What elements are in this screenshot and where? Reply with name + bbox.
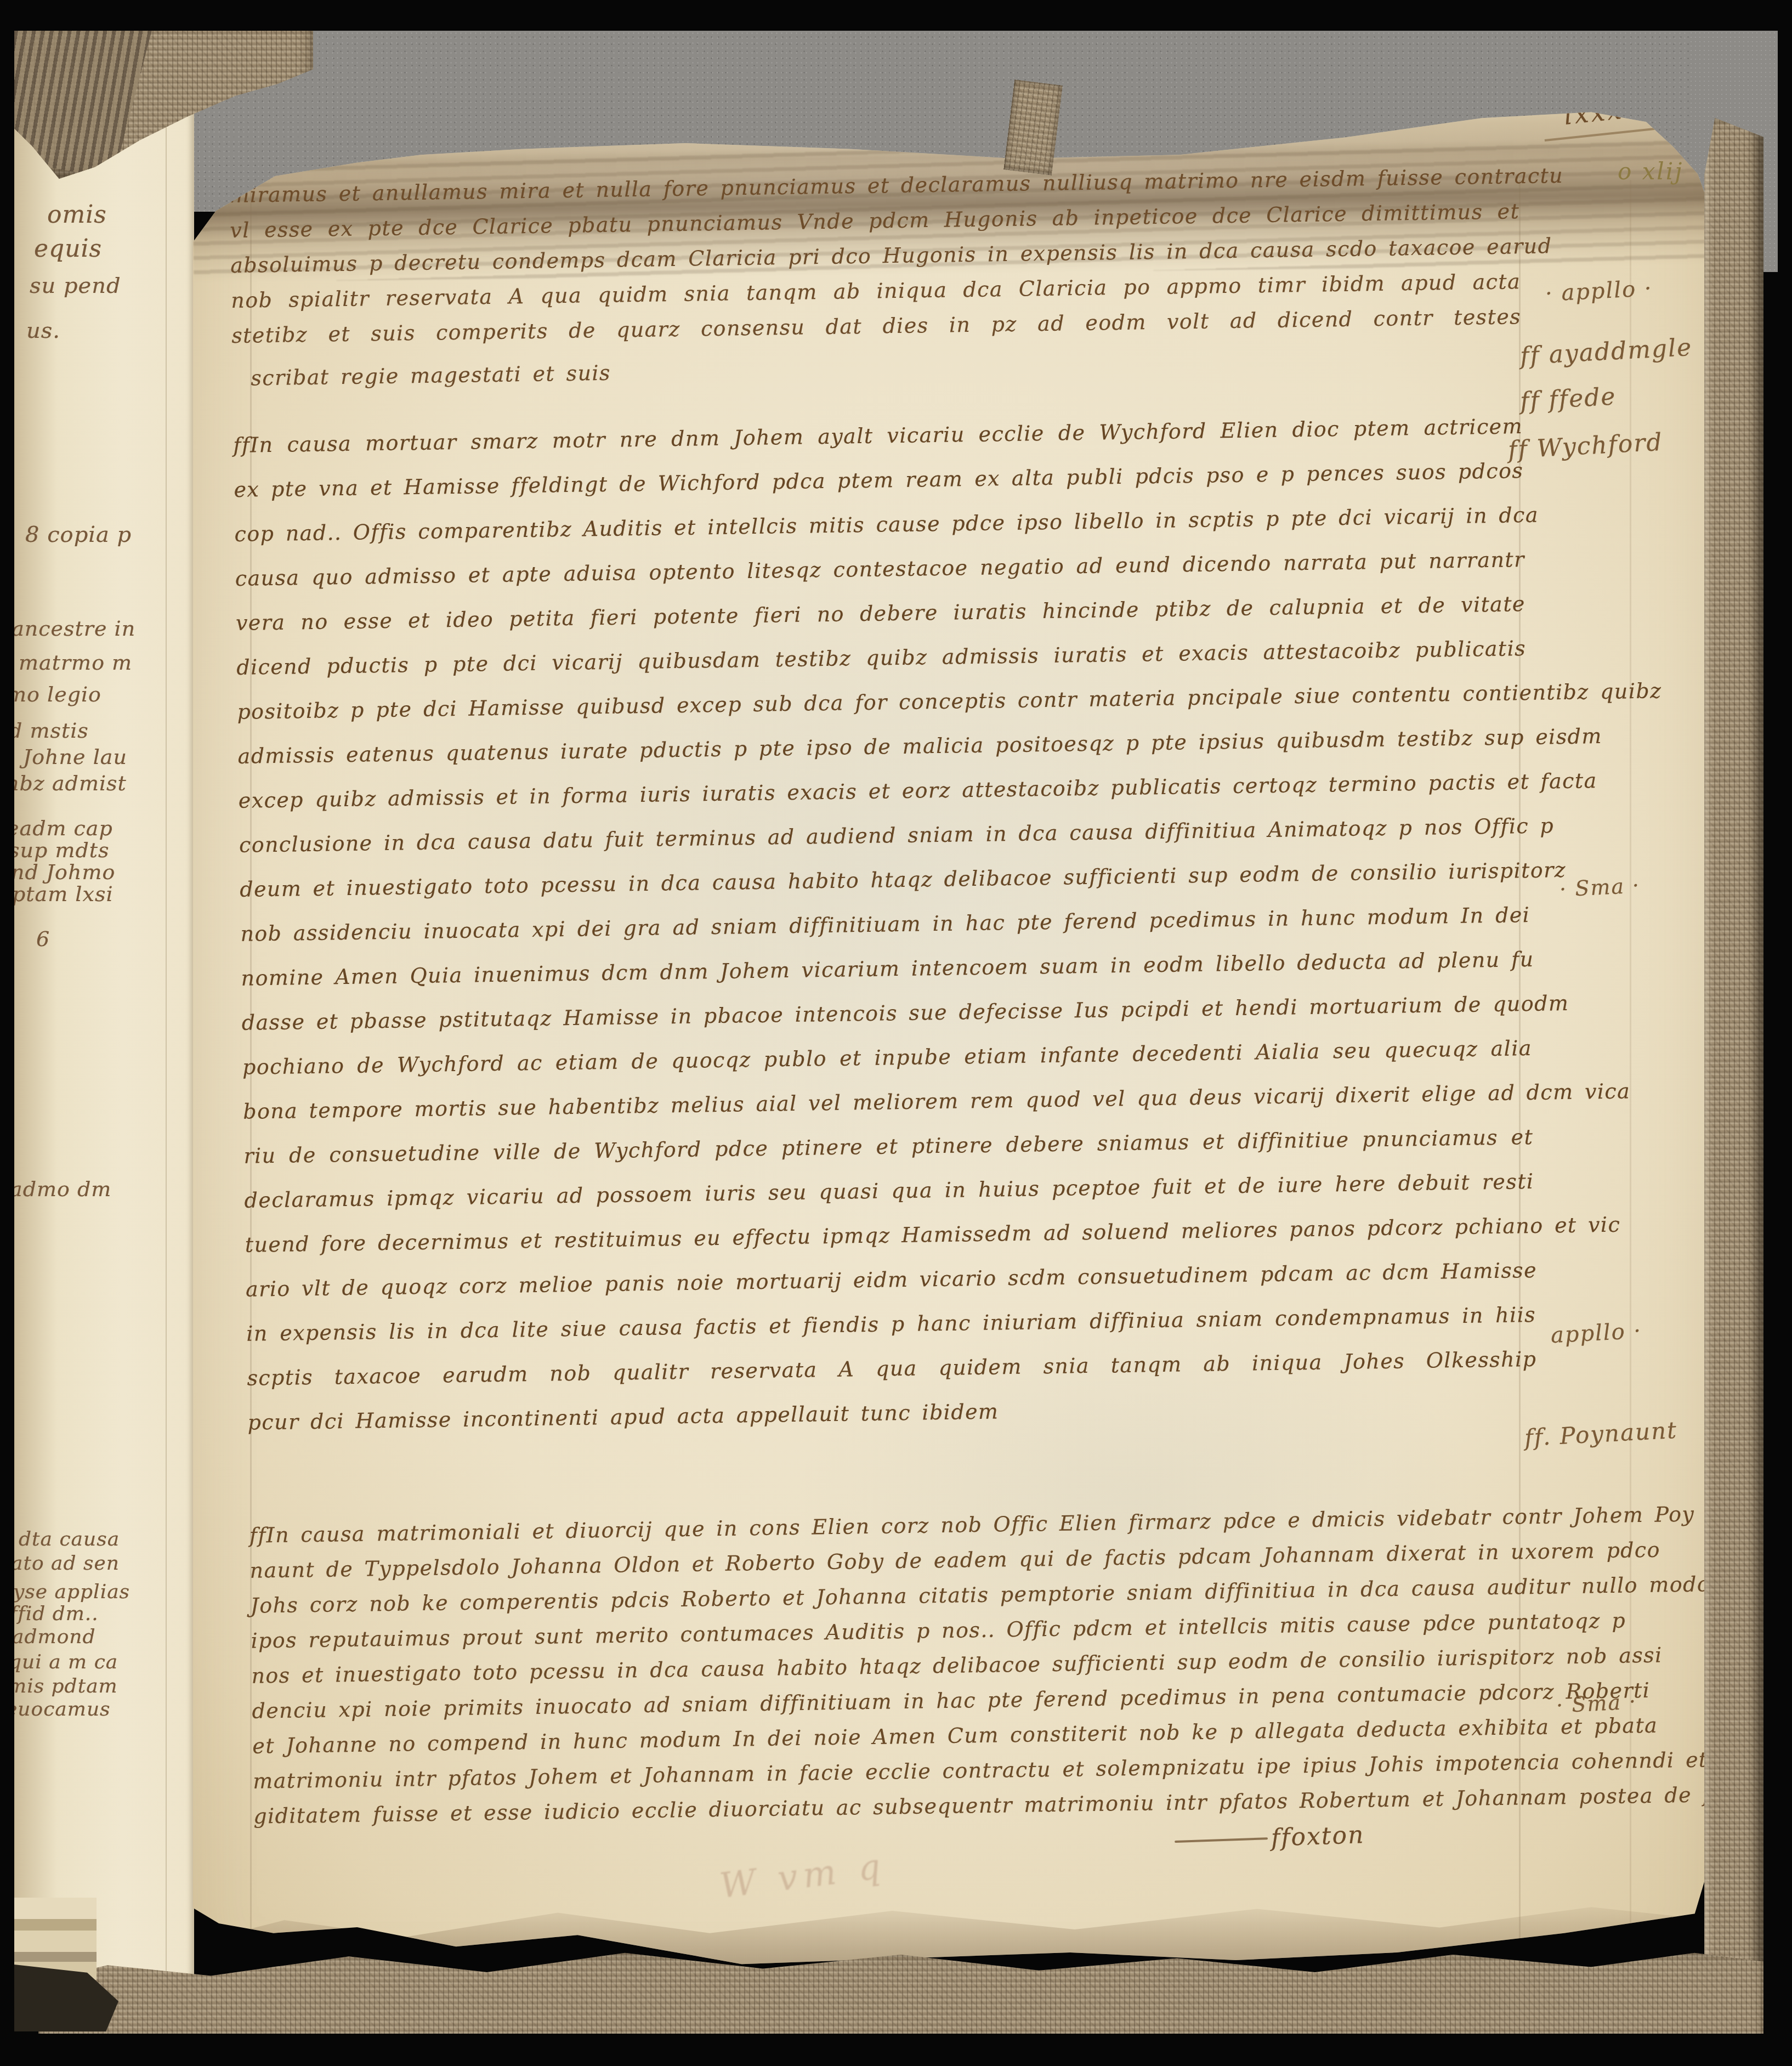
left-page-fragment: ffid dm.. bbox=[14, 1603, 99, 1625]
left-page-fragment: nbz admist bbox=[14, 771, 127, 795]
binding-cloth-right bbox=[1704, 118, 1763, 2024]
paragraph-causa-mortuaria-wychford: ffIn causa mortuar smarz motr nre dnm Jo… bbox=[233, 404, 1538, 1445]
page-crease-line bbox=[166, 38, 167, 1983]
left-page-fragment: matrmo m bbox=[19, 650, 132, 675]
manuscript-photo: omisequissu pendus.8 copia plancestre in… bbox=[0, 0, 1792, 2066]
ghost-ink-offset: W vm q bbox=[718, 1846, 888, 1907]
left-page-fragment: equis bbox=[34, 235, 102, 263]
margin-note: ff. Poynaunt bbox=[1524, 1417, 1678, 1452]
margin-note: appllo · bbox=[1550, 1318, 1642, 1349]
left-page-fragment: admond bbox=[14, 1626, 96, 1648]
margin-note: ff ffede bbox=[1519, 382, 1617, 415]
left-page-fragment: omis bbox=[47, 201, 107, 229]
margin-note: · appllo · bbox=[1545, 276, 1653, 307]
left-page-fragment: euocamus bbox=[14, 1698, 111, 1720]
folio-sub-number: o xlij bbox=[1618, 158, 1683, 185]
left-page-fragment: eadm cap bbox=[14, 816, 113, 840]
left-page-fragment: mo legio bbox=[14, 682, 101, 706]
margin-note: · Sma · bbox=[1556, 1689, 1637, 1718]
left-page-fragment: lancestre in bbox=[14, 616, 135, 641]
left-page-fragment: ptam lxsi bbox=[14, 882, 114, 906]
manuscript-page: ayllins · cccmo · lxxxmo Meuton lxxxmo o… bbox=[193, 48, 1713, 1985]
left-page-fragment: 8 copia p bbox=[25, 522, 132, 547]
left-page-fragment: ato ad sen bbox=[14, 1552, 120, 1575]
left-page-fragment: admo dm bbox=[14, 1177, 111, 1201]
left-page-fragment: 6 bbox=[36, 927, 50, 951]
left-page-fragment: us. bbox=[26, 318, 60, 343]
paragraph-sententia-claricia: miramus et anullamus mira et nulla fore … bbox=[229, 159, 1522, 396]
margin-note: ff Wychford bbox=[1507, 428, 1664, 465]
folio-sub-numeral: xlij bbox=[1642, 158, 1684, 185]
left-page-fragment: qui a m ca bbox=[14, 1651, 118, 1673]
left-page-fragment: Johne lau bbox=[23, 745, 127, 769]
previous-page-edge: omisequissu pendus.8 copia plancestre in… bbox=[14, 38, 194, 1983]
left-page-fragment: su pend bbox=[30, 273, 121, 298]
folio-sub-prefix: o bbox=[1618, 158, 1633, 185]
margin-note: · Sma · bbox=[1559, 873, 1641, 902]
margin-note: ff ayaddmgle bbox=[1519, 333, 1693, 370]
left-page-fragment: sup mdts bbox=[14, 838, 110, 862]
signature: ffoxton bbox=[1174, 1821, 1365, 1855]
left-page-fragment: mis pdtam bbox=[14, 1675, 118, 1697]
paragraph-causa-matrimonialis-poynaunt: ffIn causa matrimoniali et diuorcij que … bbox=[249, 1499, 1543, 1834]
signature-dash bbox=[1175, 1837, 1268, 1843]
left-page-fragment: yse applias bbox=[14, 1581, 130, 1603]
left-page-fragment: nd Johmo bbox=[14, 860, 115, 884]
signature-name: ffoxton bbox=[1271, 1821, 1365, 1852]
binding-cloth-bottom bbox=[38, 1946, 1763, 2034]
left-page-fragment: dta causa bbox=[19, 1528, 120, 1550]
left-page-fragment: d mstis bbox=[14, 718, 89, 743]
